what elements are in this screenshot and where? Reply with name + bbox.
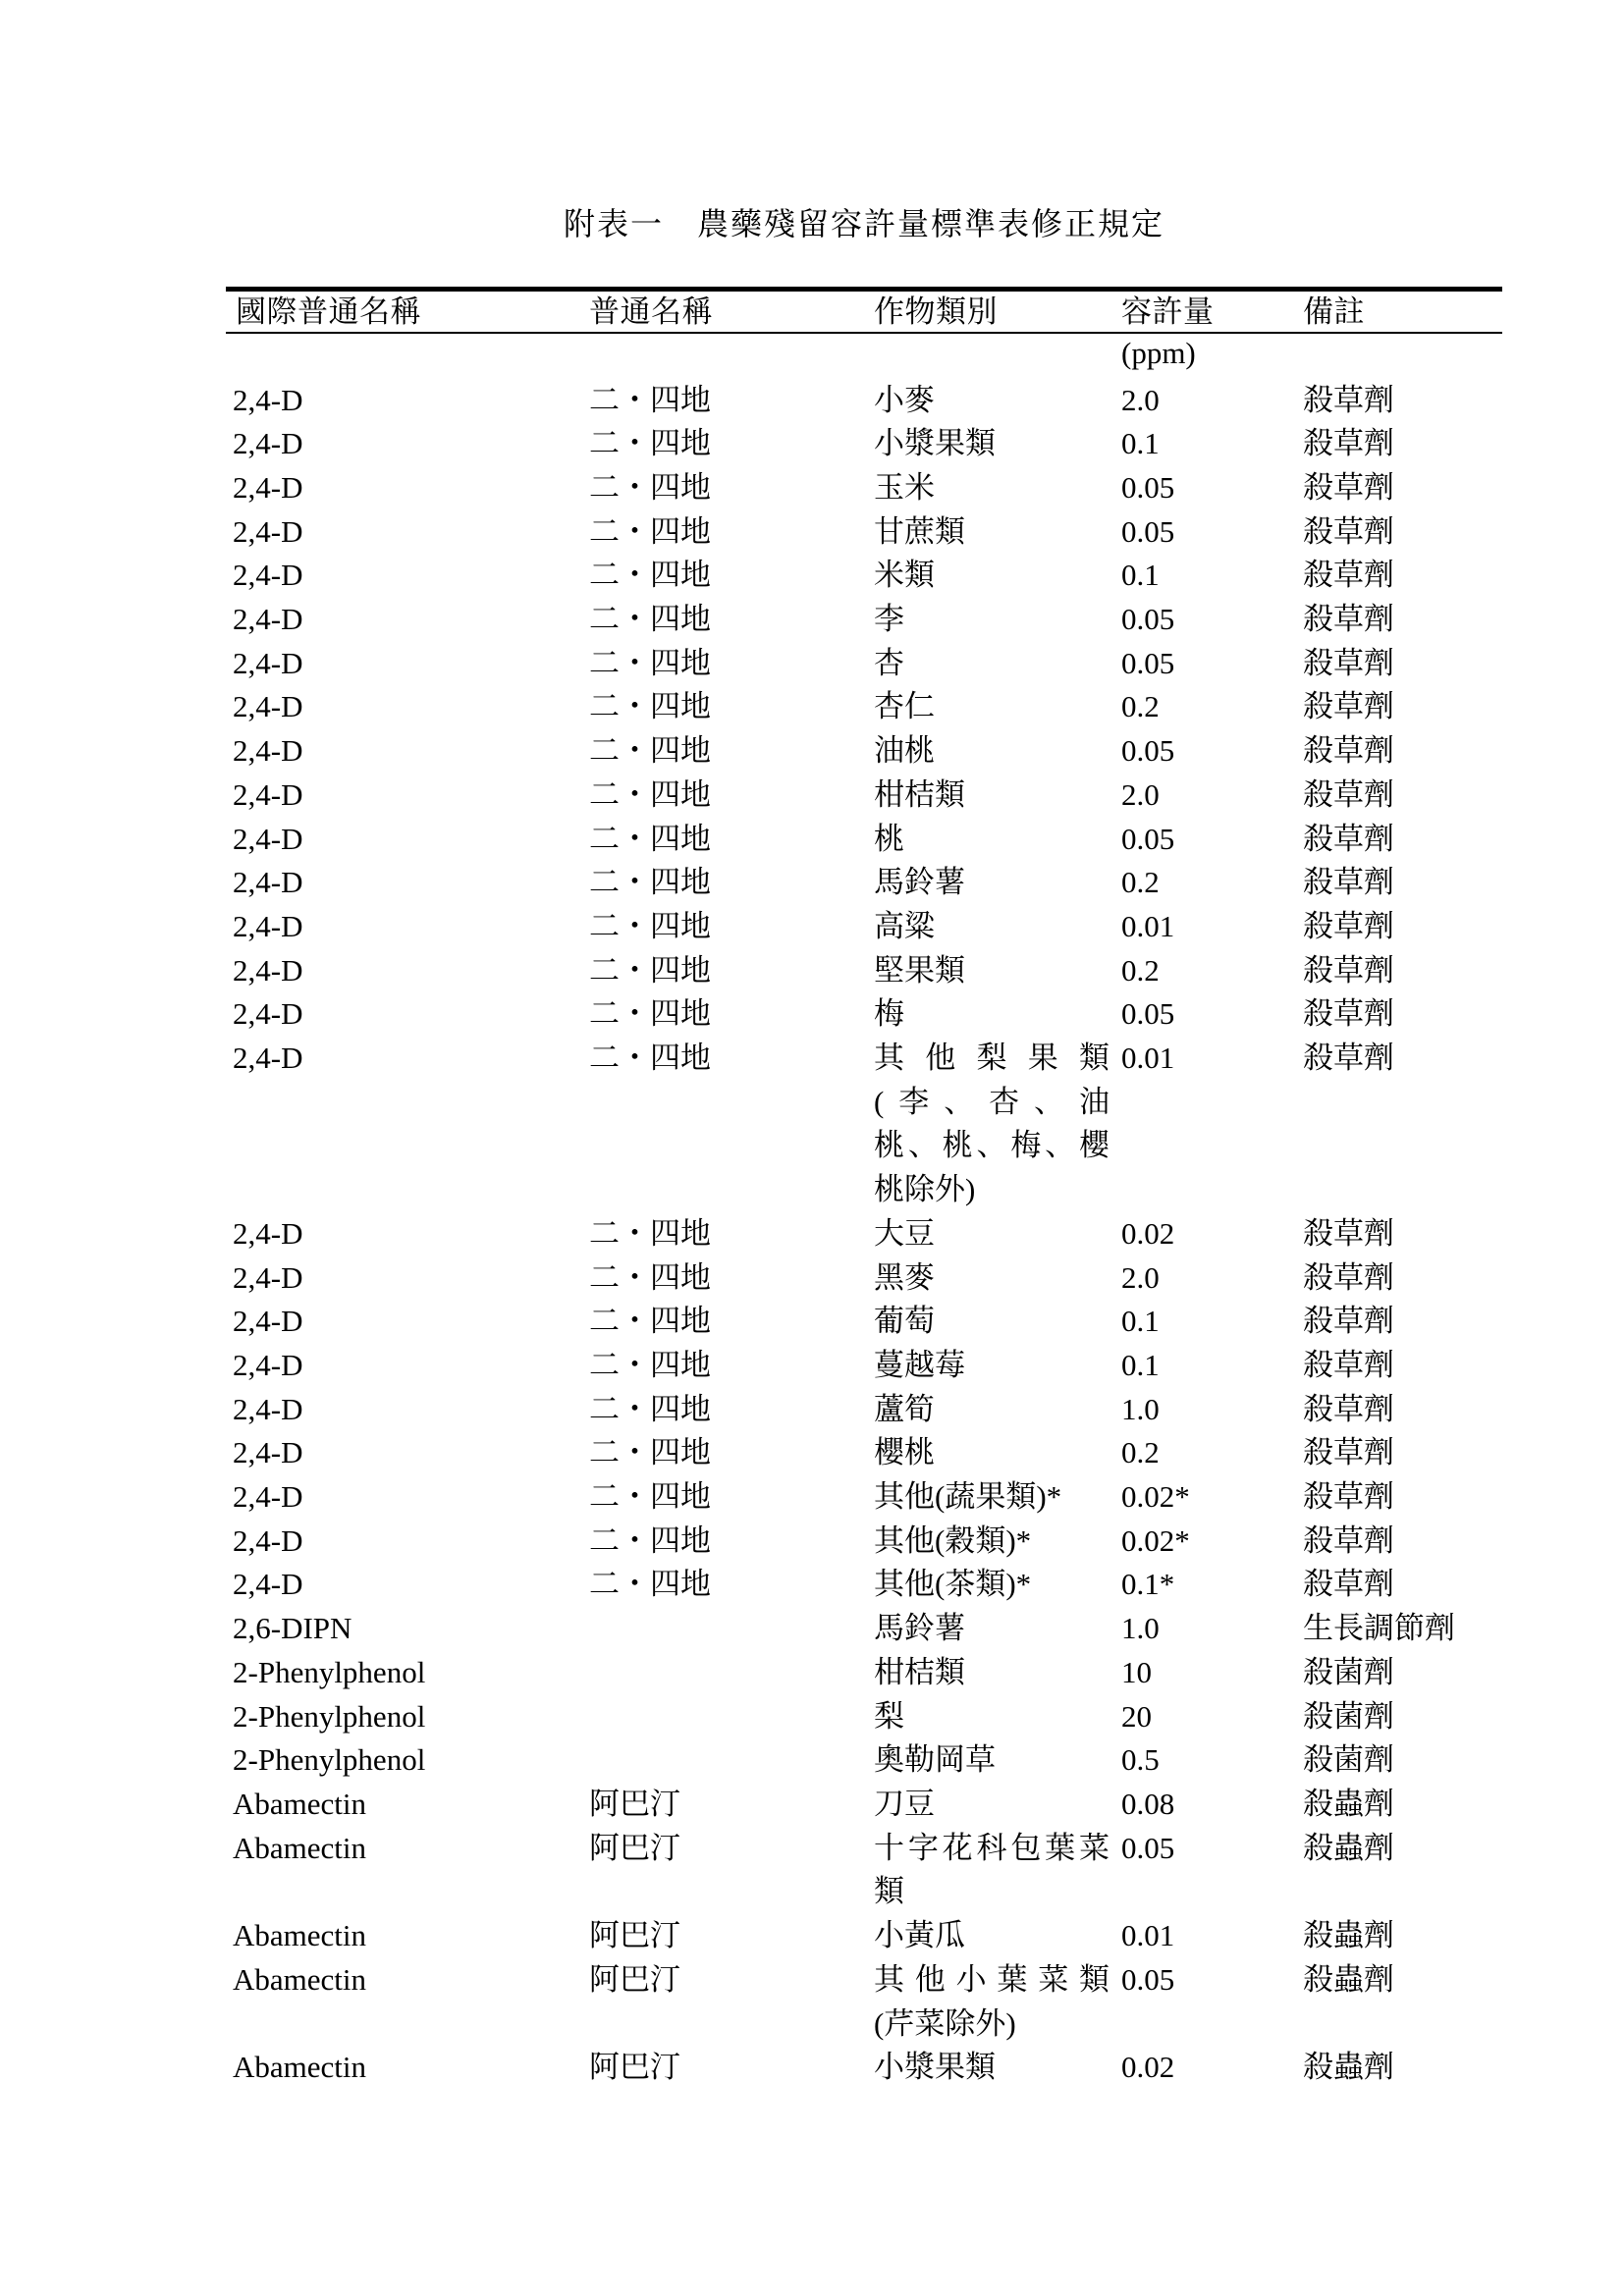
cell-remark: 殺蟲劑	[1303, 2046, 1502, 2090]
cell-intl-name: Abamectin	[226, 1783, 589, 1827]
crop-line: 杏	[874, 642, 1110, 686]
document-title: 附表一 農藥殘留容許量標準表修正規定	[0, 202, 1624, 245]
crop-line: 小漿果類	[874, 2046, 1110, 2090]
cell-intl-name: Abamectin	[226, 1958, 589, 2046]
cell-intl-name: 2,4-D	[226, 379, 589, 423]
table-row: 2,4-D二・四地小麥2.0殺草劑	[226, 379, 1502, 423]
cell-remark: 殺菌劑	[1303, 1738, 1502, 1783]
cell-common-name: 二・四地	[589, 685, 874, 729]
table-row: 2-Phenylphenol奧勒岡草0.5殺菌劑	[226, 1738, 1502, 1783]
cell-remark: 殺蟲劑	[1303, 1914, 1502, 1958]
table-body: 2,4-D二・四地小麥2.0殺草劑2,4-D二・四地小漿果類0.1殺草劑2,4-…	[226, 377, 1502, 2090]
table-row: 2,4-D二・四地其他梨果類(李、杏、油桃、桃、梅、櫻桃除外)0.01殺草劑	[226, 1037, 1502, 1212]
cell-remark: 殺菌劑	[1303, 1695, 1502, 1739]
cell-crop: 甘蔗類	[874, 510, 1110, 555]
cell-remark: 殺草劑	[1303, 729, 1502, 774]
table-row: 2,4-D二・四地其他(穀類)*0.02*殺草劑	[226, 1520, 1502, 1564]
cell-common-name: 二・四地	[589, 1212, 874, 1256]
cell-tolerance: 0.1	[1121, 422, 1303, 466]
crop-line: 米類	[874, 554, 1110, 598]
cell-intl-name: 2,4-D	[226, 685, 589, 729]
crop-line: 堅果類	[874, 949, 1110, 993]
table-row: 2,4-D二・四地蘆筍1.0殺草劑	[226, 1388, 1502, 1432]
crop-line: 小漿果類	[874, 422, 1110, 466]
cell-remark: 殺草劑	[1303, 422, 1502, 466]
cell-common-name: 二・四地	[589, 1037, 874, 1212]
cell-tolerance: 0.1	[1121, 1344, 1303, 1388]
cell-tolerance: 0.05	[1121, 818, 1303, 862]
cell-tolerance: 0.02*	[1121, 1520, 1303, 1564]
cell-crop: 蔓越莓	[874, 1344, 1110, 1388]
crop-line: (芹菜除外)	[874, 2002, 1110, 2047]
cell-intl-name: 2,6-DIPN	[226, 1607, 589, 1651]
pesticide-residue-table: 國際普通名稱 普通名稱 作物類別 容許量 備註 (ppm) 2,4-D二・四地小…	[226, 287, 1502, 2090]
cell-intl-name: 2-Phenylphenol	[226, 1738, 589, 1783]
cell-common-name	[589, 1695, 874, 1739]
cell-crop: 柑桔類	[874, 774, 1110, 818]
table-row: 2,4-D二・四地玉米0.05殺草劑	[226, 466, 1502, 510]
cell-crop: 刀豆	[874, 1783, 1110, 1827]
cell-remark: 殺草劑	[1303, 1300, 1502, 1344]
cell-crop: 其他梨果類(李、杏、油桃、桃、梅、櫻桃除外)	[874, 1037, 1110, 1212]
cell-crop: 堅果類	[874, 949, 1110, 993]
crop-line: 其他梨果類	[874, 1037, 1110, 1081]
table-row: 2,4-D二・四地小漿果類0.1殺草劑	[226, 422, 1502, 466]
table-unit-row: (ppm)	[226, 334, 1502, 377]
cell-common-name: 二・四地	[589, 729, 874, 774]
cell-common-name: 二・四地	[589, 1520, 874, 1564]
cell-crop: 小漿果類	[874, 422, 1110, 466]
table-row: 2-Phenylphenol梨20殺菌劑	[226, 1695, 1502, 1739]
cell-common-name: 二・四地	[589, 905, 874, 949]
crop-line: 高粱	[874, 905, 1110, 949]
cell-intl-name: 2,4-D	[226, 1520, 589, 1564]
table-row: 2,4-D二・四地葡萄0.1殺草劑	[226, 1300, 1502, 1344]
cell-intl-name: 2,4-D	[226, 642, 589, 686]
table-row: Abamectin阿巴汀刀豆0.08殺蟲劑	[226, 1783, 1502, 1827]
cell-common-name: 二・四地	[589, 1563, 874, 1607]
crop-line: 其他(蔬果類)*	[874, 1475, 1110, 1520]
cell-remark: 殺草劑	[1303, 949, 1502, 993]
cell-remark: 殺草劑	[1303, 598, 1502, 642]
crop-line: 蔓越莓	[874, 1344, 1110, 1388]
cell-intl-name: Abamectin	[226, 2046, 589, 2090]
cell-remark: 殺草劑	[1303, 1520, 1502, 1564]
header-common-name: 普通名稱	[589, 292, 874, 332]
cell-crop: 小麥	[874, 379, 1110, 423]
crop-line: 小黃瓜	[874, 1914, 1110, 1958]
header-remark: 備註	[1303, 292, 1502, 332]
cell-remark: 殺草劑	[1303, 510, 1502, 555]
cell-intl-name: 2,4-D	[226, 1037, 589, 1212]
cell-crop: 梨	[874, 1695, 1110, 1739]
cell-common-name	[589, 1738, 874, 1783]
cell-crop: 馬鈴薯	[874, 861, 1110, 905]
cell-tolerance: 0.05	[1121, 466, 1303, 510]
table-row: 2,4-D二・四地馬鈴薯0.2殺草劑	[226, 861, 1502, 905]
crop-line: 桃、桃、梅、櫻	[874, 1124, 1110, 1168]
header-tolerance: 容許量	[1121, 292, 1303, 332]
table-row: 2,4-D二・四地柑桔類2.0殺草劑	[226, 774, 1502, 818]
cell-intl-name: 2,4-D	[226, 1475, 589, 1520]
cell-tolerance: 0.2	[1121, 685, 1303, 729]
table-row: 2,4-D二・四地其他(茶類)*0.1*殺草劑	[226, 1563, 1502, 1607]
cell-tolerance: 0.05	[1121, 1827, 1303, 1914]
table-row: 2,4-D二・四地堅果類0.2殺草劑	[226, 949, 1502, 993]
cell-remark: 殺草劑	[1303, 1388, 1502, 1432]
cell-tolerance: 1.0	[1121, 1388, 1303, 1432]
cell-tolerance: 0.02	[1121, 1212, 1303, 1256]
cell-common-name: 阿巴汀	[589, 1827, 874, 1914]
cell-remark: 殺草劑	[1303, 1475, 1502, 1520]
cell-tolerance: 0.01	[1121, 905, 1303, 949]
cell-remark: 殺蟲劑	[1303, 1958, 1502, 2046]
crop-line: 其他小葉菜類	[874, 1958, 1110, 2002]
cell-common-name: 二・四地	[589, 992, 874, 1037]
cell-remark: 殺草劑	[1303, 379, 1502, 423]
crop-line: 柑桔類	[874, 1651, 1110, 1695]
cell-crop: 葡萄	[874, 1300, 1110, 1344]
cell-intl-name: Abamectin	[226, 1827, 589, 1914]
cell-intl-name: 2,4-D	[226, 1256, 589, 1301]
crop-line: 柑桔類	[874, 774, 1110, 818]
cell-remark: 殺蟲劑	[1303, 1783, 1502, 1827]
table-row: 2,4-D二・四地黑麥2.0殺草劑	[226, 1256, 1502, 1301]
cell-intl-name: 2,4-D	[226, 1563, 589, 1607]
table-row: 2,4-D二・四地櫻桃0.2殺草劑	[226, 1431, 1502, 1475]
crop-line: 杏仁	[874, 685, 1110, 729]
crop-line: 李	[874, 598, 1110, 642]
cell-intl-name: Abamectin	[226, 1914, 589, 1958]
table-row: Abamectin阿巴汀小黃瓜0.01殺蟲劑	[226, 1914, 1502, 1958]
crop-line: 油桃	[874, 729, 1110, 774]
cell-intl-name: 2,4-D	[226, 992, 589, 1037]
cell-tolerance: 0.02*	[1121, 1475, 1303, 1520]
cell-tolerance: 0.08	[1121, 1783, 1303, 1827]
cell-crop: 杏	[874, 642, 1110, 686]
cell-tolerance: 0.2	[1121, 861, 1303, 905]
table-row: 2,4-D二・四地其他(蔬果類)*0.02*殺草劑	[226, 1475, 1502, 1520]
cell-intl-name: 2,4-D	[226, 510, 589, 555]
cell-common-name: 二・四地	[589, 1388, 874, 1432]
crop-line: 梅	[874, 992, 1110, 1037]
cell-intl-name: 2,4-D	[226, 729, 589, 774]
cell-tolerance: 0.1	[1121, 1300, 1303, 1344]
cell-common-name: 二・四地	[589, 949, 874, 993]
cell-common-name: 二・四地	[589, 510, 874, 555]
table-row: 2,6-DIPN馬鈴薯1.0生長調節劑	[226, 1607, 1502, 1651]
crop-line: 玉米	[874, 466, 1110, 510]
crop-line: (李、杏、油	[874, 1081, 1110, 1125]
cell-remark: 殺草劑	[1303, 774, 1502, 818]
cell-intl-name: 2,4-D	[226, 905, 589, 949]
table-row: 2,4-D二・四地大豆0.02殺草劑	[226, 1212, 1502, 1256]
crop-line: 小麥	[874, 379, 1110, 423]
cell-crop: 大豆	[874, 1212, 1110, 1256]
cell-remark: 殺草劑	[1303, 818, 1502, 862]
cell-crop: 小漿果類	[874, 2046, 1110, 2090]
crop-line: 其他(茶類)*	[874, 1563, 1110, 1607]
cell-common-name: 二・四地	[589, 1300, 874, 1344]
cell-intl-name: 2,4-D	[226, 1344, 589, 1388]
cell-common-name	[589, 1607, 874, 1651]
cell-tolerance: 0.2	[1121, 1431, 1303, 1475]
cell-common-name	[589, 1651, 874, 1695]
crop-line: 櫻桃	[874, 1431, 1110, 1475]
crop-line: 刀豆	[874, 1783, 1110, 1827]
crop-line: 馬鈴薯	[874, 1607, 1110, 1651]
cell-crop: 柑桔類	[874, 1651, 1110, 1695]
table-row: 2,4-D二・四地油桃0.05殺草劑	[226, 729, 1502, 774]
cell-crop: 油桃	[874, 729, 1110, 774]
cell-crop: 其他(茶類)*	[874, 1563, 1110, 1607]
cell-remark: 殺草劑	[1303, 992, 1502, 1037]
cell-crop: 十字花科包葉菜類	[874, 1827, 1110, 1914]
cell-remark: 殺草劑	[1303, 642, 1502, 686]
cell-intl-name: 2,4-D	[226, 1431, 589, 1475]
cell-intl-name: 2,4-D	[226, 1388, 589, 1432]
cell-crop: 其他(蔬果類)*	[874, 1475, 1110, 1520]
cell-common-name: 二・四地	[589, 554, 874, 598]
cell-common-name: 阿巴汀	[589, 2046, 874, 2090]
cell-common-name: 二・四地	[589, 818, 874, 862]
table-header-row: 國際普通名稱 普通名稱 作物類別 容許量 備註	[226, 292, 1502, 332]
table-row: 2,4-D二・四地杏仁0.2殺草劑	[226, 685, 1502, 729]
cell-common-name: 二・四地	[589, 466, 874, 510]
crop-line: 梨	[874, 1695, 1110, 1739]
table-row: Abamectin阿巴汀其他小葉菜類(芹菜除外)0.05殺蟲劑	[226, 1958, 1502, 2046]
crop-line: 蘆筍	[874, 1388, 1110, 1432]
cell-remark: 殺草劑	[1303, 1212, 1502, 1256]
cell-tolerance: 0.05	[1121, 642, 1303, 686]
cell-intl-name: 2,4-D	[226, 861, 589, 905]
cell-common-name: 二・四地	[589, 1256, 874, 1301]
cell-tolerance: 2.0	[1121, 379, 1303, 423]
cell-crop: 其他(穀類)*	[874, 1520, 1110, 1564]
table-row: 2-Phenylphenol柑桔類10殺菌劑	[226, 1651, 1502, 1695]
crop-line: 大豆	[874, 1212, 1110, 1256]
cell-crop: 梅	[874, 992, 1110, 1037]
cell-common-name: 二・四地	[589, 1475, 874, 1520]
header-intl-name: 國際普通名稱	[226, 292, 589, 332]
cell-tolerance: 0.05	[1121, 992, 1303, 1037]
cell-remark: 殺草劑	[1303, 1037, 1502, 1212]
crop-line: 桃除外)	[874, 1168, 1110, 1212]
crop-line: 奧勒岡草	[874, 1738, 1110, 1783]
cell-common-name: 阿巴汀	[589, 1914, 874, 1958]
crop-line: 類	[874, 1870, 1110, 1914]
crop-line: 黑麥	[874, 1256, 1110, 1301]
cell-tolerance: 0.1	[1121, 554, 1303, 598]
cell-tolerance: 0.02	[1121, 2046, 1303, 2090]
table-row: Abamectin阿巴汀小漿果類0.02殺蟲劑	[226, 2046, 1502, 2090]
cell-intl-name: 2,4-D	[226, 1300, 589, 1344]
table-row: 2,4-D二・四地高粱0.01殺草劑	[226, 905, 1502, 949]
cell-crop: 杏仁	[874, 685, 1110, 729]
cell-intl-name: 2,4-D	[226, 554, 589, 598]
cell-remark: 生長調節劑	[1303, 1607, 1502, 1651]
cell-crop: 玉米	[874, 466, 1110, 510]
cell-common-name: 二・四地	[589, 422, 874, 466]
cell-crop: 櫻桃	[874, 1431, 1110, 1475]
cell-common-name: 二・四地	[589, 1431, 874, 1475]
cell-common-name: 二・四地	[589, 861, 874, 905]
cell-remark: 殺草劑	[1303, 905, 1502, 949]
cell-tolerance: 0.01	[1121, 1914, 1303, 1958]
cell-crop: 米類	[874, 554, 1110, 598]
table-row: 2,4-D二・四地李0.05殺草劑	[226, 598, 1502, 642]
cell-common-name: 二・四地	[589, 642, 874, 686]
cell-tolerance: 0.05	[1121, 598, 1303, 642]
cell-intl-name: 2,4-D	[226, 1212, 589, 1256]
cell-intl-name: 2,4-D	[226, 598, 589, 642]
cell-tolerance: 1.0	[1121, 1607, 1303, 1651]
table-row: 2,4-D二・四地甘蔗類0.05殺草劑	[226, 510, 1502, 555]
cell-crop: 桃	[874, 818, 1110, 862]
cell-remark: 殺草劑	[1303, 1344, 1502, 1388]
cell-tolerance: 0.01	[1121, 1037, 1303, 1212]
table-row: 2,4-D二・四地桃0.05殺草劑	[226, 818, 1502, 862]
cell-tolerance: 0.1*	[1121, 1563, 1303, 1607]
cell-tolerance: 0.05	[1121, 729, 1303, 774]
cell-crop: 馬鈴薯	[874, 1607, 1110, 1651]
cell-intl-name: 2-Phenylphenol	[226, 1695, 589, 1739]
header-crop: 作物類別	[874, 292, 1110, 332]
cell-tolerance: 2.0	[1121, 774, 1303, 818]
cell-intl-name: 2-Phenylphenol	[226, 1651, 589, 1695]
cell-tolerance: 20	[1121, 1695, 1303, 1739]
table-row: Abamectin阿巴汀十字花科包葉菜類0.05殺蟲劑	[226, 1827, 1502, 1914]
cell-remark: 殺草劑	[1303, 466, 1502, 510]
crop-line: 其他(穀類)*	[874, 1520, 1110, 1564]
cell-crop: 黑麥	[874, 1256, 1110, 1301]
cell-remark: 殺蟲劑	[1303, 1827, 1502, 1914]
cell-tolerance: 10	[1121, 1651, 1303, 1695]
cell-intl-name: 2,4-D	[226, 818, 589, 862]
crop-line: 桃	[874, 818, 1110, 862]
cell-remark: 殺草劑	[1303, 554, 1502, 598]
cell-common-name: 阿巴汀	[589, 1783, 874, 1827]
crop-line: 馬鈴薯	[874, 861, 1110, 905]
crop-line: 葡萄	[874, 1300, 1110, 1344]
cell-remark: 殺菌劑	[1303, 1651, 1502, 1695]
cell-remark: 殺草劑	[1303, 1563, 1502, 1607]
cell-common-name: 阿巴汀	[589, 1958, 874, 2046]
cell-intl-name: 2,4-D	[226, 774, 589, 818]
cell-intl-name: 2,4-D	[226, 466, 589, 510]
crop-line: 十字花科包葉菜	[874, 1827, 1110, 1871]
crop-line: 甘蔗類	[874, 510, 1110, 555]
cell-remark: 殺草劑	[1303, 1256, 1502, 1301]
cell-tolerance: 0.05	[1121, 510, 1303, 555]
cell-remark: 殺草劑	[1303, 861, 1502, 905]
cell-remark: 殺草劑	[1303, 1431, 1502, 1475]
cell-common-name: 二・四地	[589, 379, 874, 423]
cell-crop: 奧勒岡草	[874, 1738, 1110, 1783]
cell-tolerance: 2.0	[1121, 1256, 1303, 1301]
cell-common-name: 二・四地	[589, 1344, 874, 1388]
cell-common-name: 二・四地	[589, 598, 874, 642]
cell-remark: 殺草劑	[1303, 685, 1502, 729]
cell-intl-name: 2,4-D	[226, 949, 589, 993]
cell-crop: 李	[874, 598, 1110, 642]
cell-crop: 蘆筍	[874, 1388, 1110, 1432]
table-row: 2,4-D二・四地米類0.1殺草劑	[226, 554, 1502, 598]
cell-tolerance: 0.5	[1121, 1738, 1303, 1783]
cell-crop: 小黃瓜	[874, 1914, 1110, 1958]
cell-intl-name: 2,4-D	[226, 422, 589, 466]
cell-crop: 高粱	[874, 905, 1110, 949]
cell-crop: 其他小葉菜類(芹菜除外)	[874, 1958, 1110, 2046]
cell-common-name: 二・四地	[589, 774, 874, 818]
table-row: 2,4-D二・四地蔓越莓0.1殺草劑	[226, 1344, 1502, 1388]
header-tolerance-unit: (ppm)	[1121, 334, 1303, 377]
cell-tolerance: 0.2	[1121, 949, 1303, 993]
cell-tolerance: 0.05	[1121, 1958, 1303, 2046]
table-row: 2,4-D二・四地梅0.05殺草劑	[226, 992, 1502, 1037]
table-row: 2,4-D二・四地杏0.05殺草劑	[226, 642, 1502, 686]
